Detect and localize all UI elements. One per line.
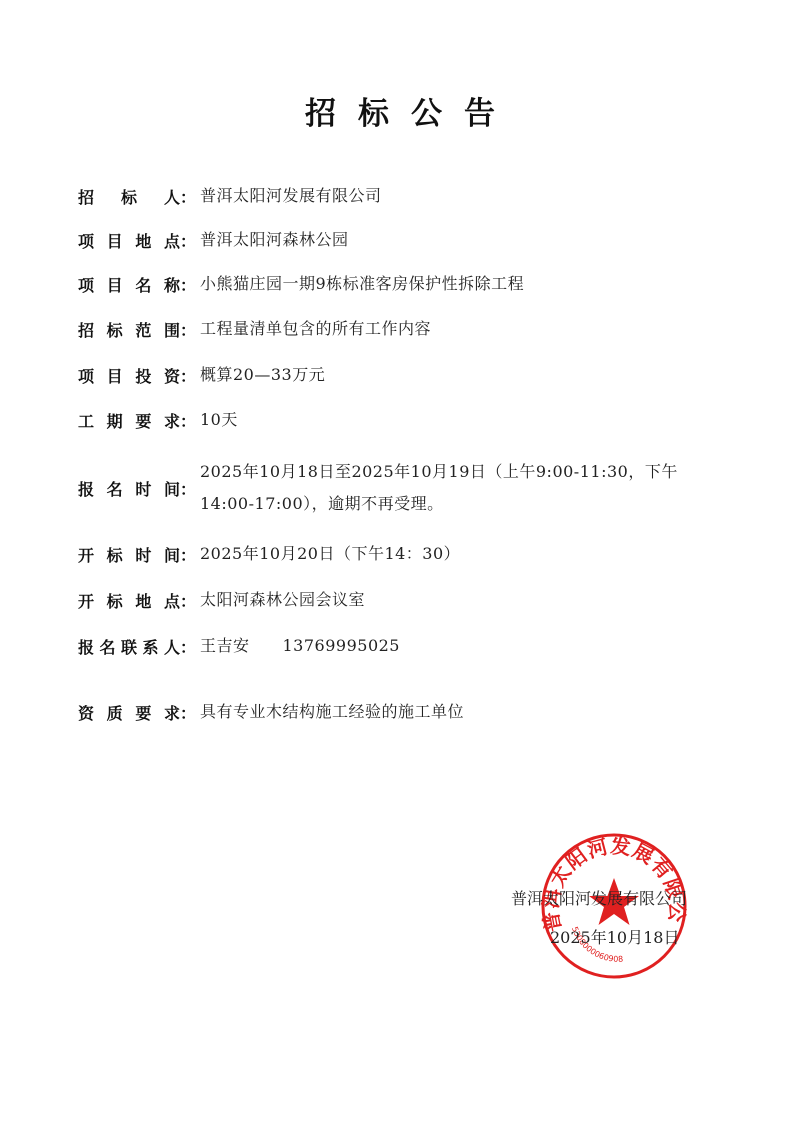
- field-label: 项目地点：: [78, 229, 200, 252]
- signature-date: 2025年10月18日: [550, 925, 679, 948]
- field-opening-location: 开标地点： 太阳河森林公园会议室: [78, 584, 365, 616]
- field-qualification: 资质要求： 具有专业木结构施工经验的施工单位: [78, 696, 464, 728]
- field-label: 报名时间：: [78, 477, 200, 500]
- field-label: 报名联系人：: [78, 635, 200, 658]
- field-value: 普洱太阳河发展有限公司: [200, 180, 382, 212]
- field-registration-time: 报名时间： 2025年10月18日至2025年10月19日（上午9:00-11:…: [78, 456, 700, 520]
- field-label: 项目名称：: [78, 273, 200, 296]
- field-label: 资质要求：: [78, 701, 200, 724]
- field-tender-scope: 招标范围： 工程量清单包含的所有工作内容: [78, 313, 431, 345]
- field-duration: 工期要求： 10天: [78, 404, 238, 436]
- signature-company: 普洱太阳河发展有限公司: [511, 886, 687, 909]
- field-opening-time: 开标时间： 2025年10月20日（下午14：30）: [78, 538, 460, 570]
- field-value: 普洱太阳河森林公园: [200, 224, 349, 256]
- field-label: 工期要求：: [78, 409, 200, 432]
- field-project-name: 项目名称： 小熊猫庄园一期9栋标准客房保护性拆除工程: [78, 268, 524, 300]
- field-value: 王吉安 13769995025: [200, 630, 400, 662]
- field-contact: 报名联系人： 王吉安 13769995025: [78, 630, 400, 662]
- field-value: 2025年10月20日（下午14：30）: [200, 538, 460, 570]
- page-title: 招标公告: [0, 88, 810, 133]
- field-tenderer: 招标人： 普洱太阳河发展有限公司: [78, 180, 382, 212]
- field-label: 项目投资：: [78, 364, 200, 387]
- field-value: 10天: [200, 404, 238, 436]
- field-label: 开标地点：: [78, 589, 200, 612]
- field-investment: 项目投资： 概算20—33万元: [78, 359, 325, 391]
- field-label: 招标人：: [78, 185, 200, 208]
- field-value: 太阳河森林公园会议室: [200, 584, 365, 616]
- field-label: 招标范围：: [78, 318, 200, 341]
- field-project-location: 项目地点： 普洱太阳河森林公园: [78, 224, 349, 256]
- field-value: 小熊猫庄园一期9栋标准客房保护性拆除工程: [200, 268, 524, 300]
- field-label: 开标时间：: [78, 543, 200, 566]
- field-value: 工程量清单包含的所有工作内容: [200, 313, 431, 345]
- field-value: 概算20—33万元: [200, 359, 325, 391]
- field-value: 2025年10月18日至2025年10月19日（上午9:00-11:30，下午1…: [200, 456, 700, 520]
- field-value: 具有专业木结构施工经验的施工单位: [200, 696, 464, 728]
